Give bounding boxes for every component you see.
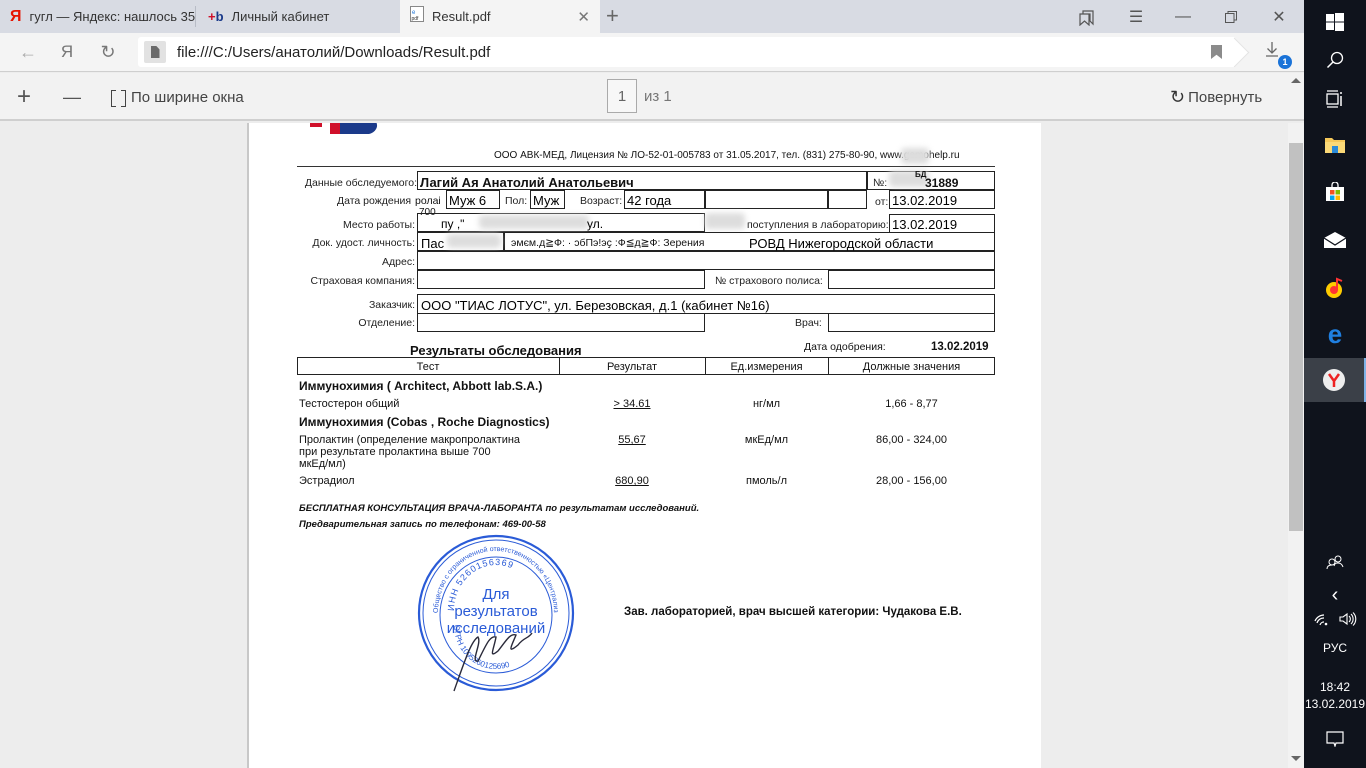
scroll-down-arrow[interactable] [1291, 756, 1301, 761]
tab-strip: Я гугл — Яндекс: нашлось 35 +b Личный ка… [0, 0, 1304, 33]
header-unit: Ед.измерения [705, 361, 828, 373]
windows-start-icon [1326, 13, 1344, 31]
consultation-note: БЕСПЛАТНАЯ КОНСУЛЬТАЦИЯ ВРАЧА-ЛАБОРАНТА … [299, 503, 699, 514]
yandex-icon: Я [10, 8, 22, 26]
yandex-home-button[interactable]: Я [54, 39, 80, 65]
empty-field [705, 190, 828, 209]
notifications-icon [1326, 731, 1344, 747]
pdf-file-icon: epdf [410, 6, 424, 27]
fit-width-icon [111, 90, 126, 105]
search-icon [1326, 51, 1344, 69]
id-doc-label: Док. удост. личность: [299, 237, 415, 249]
lab-stamp: Общество с ограниченной ответственностью… [416, 533, 576, 693]
zoom-in-button[interactable]: + [17, 83, 31, 111]
fit-width-label: По ширине окна [131, 89, 244, 106]
customer-label: Заказчик: [299, 299, 415, 311]
task-view-icon [1326, 90, 1344, 108]
test-reference: 28,00 - 156,00 [828, 475, 995, 487]
received-label: поступления в лабораторию: [747, 219, 889, 231]
test-result: 55,67 [559, 434, 705, 446]
fit-width-button[interactable]: По ширине окна [111, 83, 244, 111]
tab-title: гугл — Яндекс: нашлось 35 [30, 9, 196, 24]
address-bar[interactable]: file:///C:/Users/анатолий/Downloads/Resu… [138, 37, 1236, 67]
policy-field [828, 270, 995, 289]
windows-taskbar: e ‹ РУС 18:42 13.02.2019 [1304, 0, 1366, 768]
approval-date: 13.02.2019 [931, 341, 989, 353]
test-name-line: при результате пролактина выше 700 [299, 446, 520, 458]
plus-icon: + [17, 83, 31, 111]
clock-time[interactable]: 18:42 [1304, 680, 1366, 694]
birthdate-value: Муж 6 [449, 193, 486, 208]
yandex-browser-icon [1322, 368, 1346, 392]
close-tab-icon[interactable]: ✕ [577, 8, 590, 26]
page-number-input[interactable]: 1 [607, 79, 637, 113]
lab-header-line: ООО АВК-МЕД, Лицензия № ЛО-52-01-005783 … [494, 150, 960, 161]
bookmark-icon[interactable] [1211, 45, 1222, 59]
redaction [479, 215, 589, 229]
tab-yandex-search[interactable]: Я гугл — Яндекс: нашлось 35 [0, 0, 196, 33]
doctor-field [828, 313, 995, 332]
bookmarks-icon [1078, 8, 1096, 26]
test-reference: 86,00 - 324,00 [828, 434, 995, 446]
patient-name: Лагий Ая Анатолий Анатольевич [420, 175, 634, 190]
file-explorer-icon [1324, 136, 1346, 154]
customer-value: ООО "ТИАС ЛОТУС", ул. Березовская, д.1 (… [421, 298, 770, 313]
test-name-line: Пролактин (определение макропролактина [299, 434, 520, 446]
close-window-button[interactable]: ✕ [1256, 0, 1302, 33]
volume-button[interactable] [1334, 600, 1362, 638]
age-value: 42 года [627, 193, 671, 208]
reload-icon: ↻ [100, 42, 115, 63]
id-doc-garbled: эмєм.д≧Ф: · ɔбПэ!эҫ :Ф≦д≧Ф: Зерения [511, 237, 705, 249]
gemohelp-icon: +b [208, 9, 224, 24]
restore-icon [1225, 11, 1237, 23]
scrollbar-thumb[interactable] [1289, 143, 1303, 531]
department-label: Отделение: [299, 317, 415, 329]
svg-text:pdf: pdf [412, 16, 420, 22]
yandex-music-icon [1324, 277, 1346, 299]
minus-icon: — [63, 87, 81, 108]
download-icon [1264, 41, 1280, 59]
restore-button[interactable] [1208, 0, 1254, 33]
rotate-button[interactable]: ↻ Повернуть [1170, 83, 1262, 111]
test-reference: 1,66 - 8,77 [828, 398, 995, 410]
rotate-icon: ↻ [1170, 87, 1185, 108]
patient-label: Данные обследуемого: [299, 177, 417, 189]
test-unit: нг/мл [705, 398, 828, 410]
file-explorer-button[interactable] [1304, 123, 1366, 167]
hamburger-icon: ☰ [1129, 7, 1143, 27]
minimize-icon: — [1175, 8, 1191, 26]
test-result: 680,90 [559, 475, 705, 487]
test-name: Пролактин (определение макропролактина п… [299, 434, 520, 470]
yandex-logo-icon: Я [61, 42, 73, 62]
age-label: Возраст: [580, 195, 622, 207]
wifi-button[interactable] [1308, 600, 1336, 638]
test-name: Эстрадиол [299, 475, 355, 487]
redaction [901, 148, 929, 164]
minimize-button[interactable]: — [1160, 0, 1206, 33]
appointment-note: Предварительная запись по телефонам: 469… [299, 519, 546, 530]
address-field [417, 251, 995, 270]
tab-result-pdf[interactable]: epdf Result.pdf ✕ [400, 0, 600, 33]
workplace-label: Место работы: [299, 219, 415, 231]
navigation-bar: ← Я ↻ file:///C:/Users/анатолий/Download… [0, 33, 1304, 72]
reload-button[interactable]: ↻ [95, 39, 121, 65]
header-result: Результат [559, 361, 705, 373]
downloads-count-badge: 1 [1278, 55, 1292, 69]
header-test: Тест [297, 361, 559, 373]
search-button[interactable] [1304, 38, 1366, 82]
number-label: №: [873, 177, 887, 189]
workplace-street: ул. [587, 217, 603, 231]
policy-label: № страхового полиса: [715, 275, 823, 287]
tab-title: Result.pdf [432, 9, 491, 24]
header-reference: Должные значения [828, 361, 995, 373]
test-unit: мкЕд/мл [705, 434, 828, 446]
edge-icon: e [1328, 319, 1342, 350]
yandex-music-button[interactable] [1304, 266, 1366, 310]
store-button[interactable] [1304, 170, 1366, 214]
lab-head-signature: Зав. лабораторией, врач высшей категории… [624, 606, 962, 618]
test-unit: пмоль/л [705, 475, 828, 487]
approval-label: Дата одобрения: [804, 341, 886, 353]
rotate-label: Повернуть [1188, 89, 1262, 106]
volume-icon [1339, 612, 1357, 626]
clock-date[interactable]: 13.02.2019 [1304, 697, 1366, 711]
task-view-button[interactable] [1304, 77, 1366, 121]
mail-button[interactable] [1304, 218, 1366, 262]
page-info-icon[interactable] [144, 41, 166, 63]
test-result: > 34.61 [559, 398, 705, 410]
results-title: Результаты обследования [410, 343, 582, 358]
close-icon: ✕ [1272, 7, 1285, 27]
svg-text:Для: Для [482, 586, 509, 603]
from-date: 13.02.2019 [892, 193, 957, 208]
zoom-out-button[interactable]: — [63, 83, 81, 111]
department-field [417, 313, 705, 332]
mail-icon [1323, 231, 1347, 249]
page-count: из 1 [644, 88, 672, 105]
wifi-icon [1314, 612, 1330, 626]
menu-button[interactable]: ☰ [1113, 0, 1159, 33]
browser-window: Я гугл — Яндекс: нашлось 35 +b Личный ка… [0, 0, 1304, 768]
section-title: Иммунохимия ( Architect, Abbott lab.S.A.… [299, 379, 542, 393]
number-value: 31889 [925, 176, 958, 190]
insurance-field [417, 270, 705, 289]
yandex-browser-button[interactable] [1304, 358, 1366, 402]
gender-label: Пол: [505, 195, 527, 207]
insurance-label: Страховая компания: [299, 275, 415, 287]
store-icon [1325, 182, 1345, 202]
pdf-page: ООО АВК-МЕД, Лицензия № ЛО-52-01-005783 … [247, 123, 1041, 768]
redaction [705, 213, 745, 229]
id-doc-end: РОВД Нижегородской области [749, 236, 933, 251]
received-date: 13.02.2019 [892, 217, 957, 232]
input-language[interactable]: РУС [1304, 641, 1366, 655]
address-label: Адрес: [299, 256, 415, 268]
section-title: Иммунохимия (Cobas , Roche Diagnostics) [299, 415, 550, 429]
back-button[interactable]: ← [15, 39, 41, 65]
from-label: от: [875, 196, 888, 208]
workplace-value: пу ," [441, 217, 464, 231]
birthdate-label: Дата рождения [337, 195, 411, 207]
test-name-line: мкЕд/мл) [299, 458, 520, 470]
bookmarks-panel-button[interactable] [1064, 0, 1110, 33]
downloads-button[interactable]: 1 [1264, 41, 1290, 67]
scroll-up-arrow[interactable] [1291, 78, 1301, 83]
people-icon [1326, 554, 1344, 570]
header-divider [297, 166, 995, 167]
gemohelp-logo [309, 123, 394, 139]
empty-field [828, 190, 867, 209]
redaction [447, 234, 501, 248]
action-center-button[interactable] [1304, 717, 1366, 761]
tab-title: Личный кабинет [232, 9, 330, 24]
new-tab-button[interactable]: + [606, 3, 619, 29]
birthdate-prefix: ролаі [415, 195, 441, 207]
id-doc-start: Пас [421, 236, 444, 251]
tab-personal-account[interactable]: +b Личный кабинет [198, 0, 398, 33]
url-text[interactable]: file:///C:/Users/анатолий/Downloads/Resu… [177, 44, 490, 61]
gender-value: Муж [533, 193, 559, 208]
test-name: Тестостерон общий [299, 398, 399, 410]
doctor-label: Врач: [795, 317, 822, 329]
back-arrow-icon: ← [19, 42, 37, 63]
svg-text:результатов: результатов [454, 603, 537, 620]
edge-button[interactable]: e [1304, 312, 1366, 356]
